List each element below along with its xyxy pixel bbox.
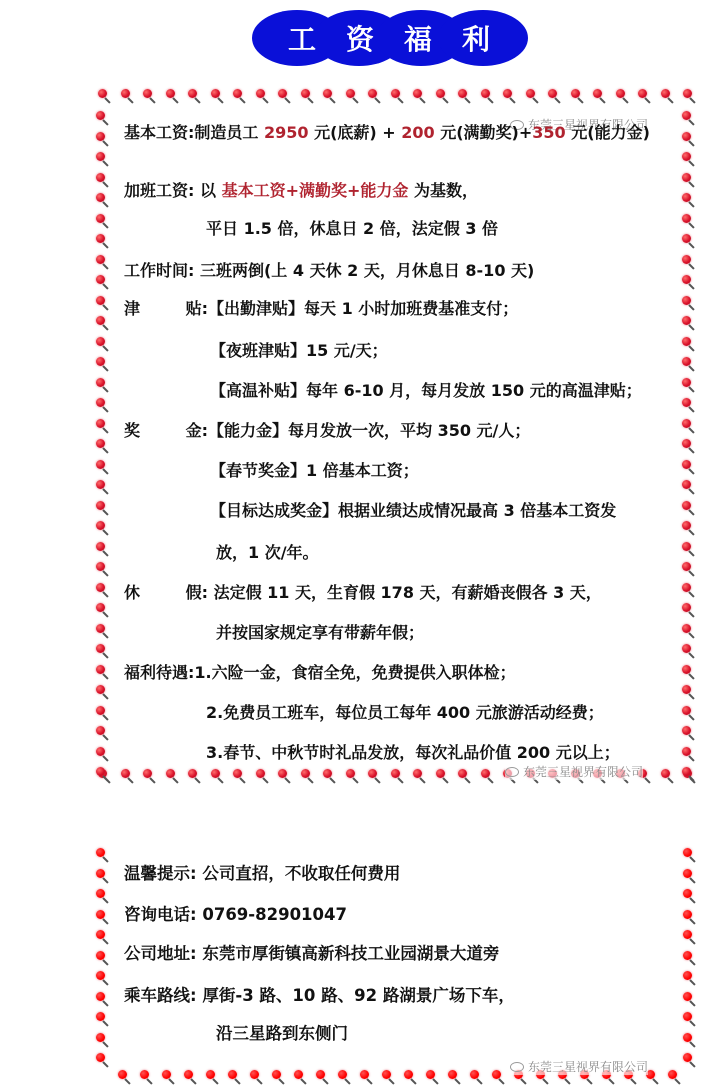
pin-icon	[301, 89, 315, 105]
pin-icon	[96, 419, 110, 435]
pin-icon	[278, 89, 292, 105]
pin-icon	[682, 665, 696, 681]
pin-icon	[228, 1070, 242, 1085]
pin-icon	[96, 173, 110, 189]
pin-icon	[96, 542, 110, 558]
pin-icon	[96, 316, 110, 332]
pin-icon	[301, 769, 315, 785]
pin-icon	[682, 562, 696, 578]
pin-icon	[96, 439, 110, 455]
pin-icon	[96, 132, 110, 148]
welfare-item-2: 2.免费员工班车，每位员工每年 400 元旅游活动经费；	[206, 700, 604, 723]
pin-icon	[211, 769, 225, 785]
pin-icon	[683, 951, 697, 967]
pin-icon	[382, 1070, 396, 1085]
pin-icon	[162, 1070, 176, 1085]
pin-icon	[368, 89, 382, 105]
bonus-label: 奖金:	[124, 418, 208, 441]
pin-icon	[683, 89, 697, 105]
pin-icon	[96, 480, 110, 496]
pin-icon	[682, 398, 696, 414]
pin-icon	[682, 480, 696, 496]
allowance-label: 津贴:	[124, 296, 208, 319]
pin-icon	[184, 1070, 198, 1085]
pin-icon	[682, 296, 696, 312]
route-line: 乘车路线: 厚街-3 路、10 路、92 路湖景广场下车，	[124, 982, 515, 1006]
pin-icon	[96, 665, 110, 681]
pin-icon	[96, 111, 110, 127]
pin-icon	[96, 1033, 110, 1049]
pin-icon	[661, 769, 675, 785]
pin-icon	[682, 132, 696, 148]
pin-icon	[682, 624, 696, 640]
pin-icon	[426, 1070, 440, 1085]
route-cont: 沿三星路到东侧门	[216, 1020, 348, 1044]
pin-icon	[682, 501, 696, 517]
phone-label: 咨询电话:	[124, 901, 197, 925]
target-bonus: 【目标达成奖金】根据业绩达成情况最高 3 倍基本工资发	[210, 498, 616, 521]
pin-icon	[96, 971, 110, 987]
welfare-item-3: 3.春节、中秋节时礼品发放，每次礼品价值 200 元以上；	[206, 740, 620, 763]
pin-icon	[96, 910, 110, 926]
base-amount: 2950	[264, 123, 309, 142]
pin-icon	[481, 89, 495, 105]
pin-icon	[233, 89, 247, 105]
pin-icon	[682, 521, 696, 537]
pin-icon	[682, 255, 696, 271]
pin-icon	[346, 89, 360, 105]
pin-icon	[682, 275, 696, 291]
welfare-label: 福利待遇:	[124, 660, 194, 683]
title-char: 工	[288, 18, 318, 58]
pin-icon	[683, 910, 697, 926]
pin-icon	[166, 89, 180, 105]
work-time-label: 工作时间:	[124, 258, 194, 281]
pin-icon	[682, 173, 696, 189]
pin-icon	[526, 89, 540, 105]
pin-icon	[391, 89, 405, 105]
pin-icon	[682, 316, 696, 332]
pin-icon	[96, 275, 110, 291]
pin-icon	[646, 1070, 660, 1085]
pin-icon	[682, 603, 696, 619]
pin-icon	[278, 769, 292, 785]
pin-icon	[96, 848, 110, 864]
pin-icon	[96, 1053, 110, 1069]
pin-icon	[683, 1033, 697, 1049]
pin-icon	[96, 337, 110, 353]
pin-icon	[96, 398, 110, 414]
pin-icon	[661, 89, 675, 105]
overtime-base: 基本工资+满勤奖+能力金	[222, 181, 409, 200]
night-shift-allowance: 【夜班津贴】15 元/天；	[210, 338, 388, 361]
pin-icon	[682, 726, 696, 742]
pin-icon	[492, 1070, 506, 1085]
title-char: 利	[462, 18, 492, 58]
pin-icon	[682, 644, 696, 660]
pin-icon	[294, 1070, 308, 1085]
pin-icon	[682, 767, 696, 783]
high-temp-allowance: 【高温补贴】每年 6-10 月，每月发放 150 元的高温津贴；	[210, 378, 642, 401]
wechat-icon	[505, 767, 519, 777]
pin-icon	[121, 769, 135, 785]
pin-icon	[96, 644, 110, 660]
pin-icon	[682, 583, 696, 599]
pin-icon	[436, 769, 450, 785]
pin-icon	[346, 769, 360, 785]
pin-icon	[96, 869, 110, 885]
phone-number: 0769-82901047	[197, 905, 347, 924]
pin-icon	[96, 214, 110, 230]
pin-icon	[368, 769, 382, 785]
pin-icon	[96, 255, 110, 271]
pin-icon	[436, 89, 450, 105]
pin-icon	[683, 848, 697, 864]
pin-icon	[96, 501, 110, 517]
pin-icon	[166, 769, 180, 785]
pin-icon	[96, 930, 110, 946]
pin-icon	[683, 971, 697, 987]
target-bonus-cont: 放，1 次/年。	[216, 540, 319, 563]
pin-icon	[96, 1012, 110, 1028]
pin-icon	[682, 747, 696, 763]
pin-icon	[118, 1070, 132, 1085]
pin-icon	[360, 1070, 374, 1085]
pin-icon	[211, 89, 225, 105]
pin-icon	[96, 685, 110, 701]
phone-line: 咨询电话: 0769-82901047	[124, 901, 347, 925]
pin-icon	[413, 89, 427, 105]
pin-icon	[96, 152, 110, 168]
annual-leave: 并按国家规定享有带薪年假；	[216, 620, 424, 643]
pin-icon	[96, 460, 110, 476]
route-label: 乘车路线:	[124, 982, 197, 1006]
pin-icon	[323, 769, 337, 785]
leave-label: 休假:	[124, 580, 208, 603]
overtime-line: 加班工资: 以 基本工资+满勤奖+能力金 为基数，	[124, 178, 478, 201]
title-banner: 工 资 福 利	[252, 10, 528, 66]
pin-icon	[188, 89, 202, 105]
pin-icon	[548, 89, 562, 105]
watermark: 东莞三星视界有限公司	[510, 1058, 648, 1075]
pin-icon	[682, 542, 696, 558]
pin-icon	[272, 1070, 286, 1085]
pin-icon	[593, 89, 607, 105]
pin-icon	[458, 769, 472, 785]
basic-wage-line: 基本工资:制造员工 2950 元(底薪) + 200 元(满勤奖)+350 元(…	[124, 120, 650, 143]
leave-line: 休假: 法定假 11 天，生育假 178 天，有薪婚丧假各 3 天，	[124, 580, 602, 603]
pin-icon	[683, 992, 697, 1008]
pin-icon	[470, 1070, 484, 1085]
pin-icon	[96, 767, 110, 783]
pin-icon	[143, 769, 157, 785]
pin-icon	[682, 357, 696, 373]
allowance-line: 津贴:【出勤津贴】每天 1 小时加班费基准支付；	[124, 296, 518, 319]
pin-icon	[96, 562, 110, 578]
overtime-label: 加班工资:	[124, 178, 194, 201]
pin-icon	[458, 89, 472, 105]
pin-icon	[323, 89, 337, 105]
pin-icon	[140, 1070, 154, 1085]
pin-icon	[683, 930, 697, 946]
pin-icon	[188, 769, 202, 785]
title-char: 福	[404, 18, 434, 58]
pin-icon	[96, 193, 110, 209]
pin-icon	[96, 706, 110, 722]
pin-icon	[96, 583, 110, 599]
pin-icon	[503, 89, 517, 105]
pin-icon	[683, 869, 697, 885]
pin-icon	[481, 769, 495, 785]
pin-icon	[96, 603, 110, 619]
pin-icon	[683, 1012, 697, 1028]
basic-wage-label: 基本工资:	[124, 120, 194, 143]
pin-icon	[233, 769, 247, 785]
pin-icon	[682, 152, 696, 168]
tip-line: 温馨提示: 公司直招，不收取任何费用	[124, 860, 400, 884]
pin-icon	[121, 89, 135, 105]
address-label: 公司地址:	[124, 940, 197, 964]
pin-icon	[206, 1070, 220, 1085]
spring-bonus: 【春节奖金】1 倍基本工资；	[210, 458, 419, 481]
pin-icon	[616, 89, 630, 105]
wechat-icon	[510, 1062, 524, 1072]
pin-icon	[96, 889, 110, 905]
pin-icon	[683, 1053, 697, 1069]
pin-icon	[316, 1070, 330, 1085]
pin-icon	[96, 726, 110, 742]
pin-icon	[448, 1070, 462, 1085]
pin-icon	[682, 234, 696, 250]
overtime-rates: 平日 1.5 倍，休息日 2 倍，法定假 3 倍	[206, 216, 498, 239]
pin-icon	[413, 769, 427, 785]
pin-icon	[96, 992, 110, 1008]
pin-icon	[96, 624, 110, 640]
pin-icon	[256, 89, 270, 105]
pin-icon	[96, 747, 110, 763]
watermark: 东莞三星视界有限公司	[505, 763, 643, 780]
pin-icon	[96, 234, 110, 250]
pin-icon	[96, 951, 110, 967]
title-char: 资	[346, 18, 376, 58]
pin-icon	[638, 89, 652, 105]
ability-amount: 350	[532, 123, 565, 142]
pin-icon	[96, 521, 110, 537]
page-title: 工 资 福 利	[252, 10, 528, 66]
pin-icon	[682, 378, 696, 394]
pin-icon	[682, 419, 696, 435]
pin-icon	[682, 193, 696, 209]
pin-icon	[256, 769, 270, 785]
pin-icon	[683, 889, 697, 905]
pin-icon	[571, 89, 585, 105]
welfare-line: 福利待遇:1.六险一金，食宿全免，免费提供入职体检；	[124, 660, 516, 683]
pin-icon	[682, 214, 696, 230]
pin-icon	[391, 769, 405, 785]
pin-icon	[682, 706, 696, 722]
bonus-line: 奖金:【能力金】每月发放一次，平均 350 元/人；	[124, 418, 530, 441]
pin-icon	[98, 89, 112, 105]
pin-icon	[250, 1070, 264, 1085]
pin-icon	[96, 357, 110, 373]
pin-icon	[682, 337, 696, 353]
pin-icon	[338, 1070, 352, 1085]
pin-icon	[143, 89, 157, 105]
pin-icon	[96, 296, 110, 312]
pin-icon	[682, 460, 696, 476]
pin-icon	[668, 1070, 682, 1085]
pin-icon	[682, 439, 696, 455]
attendance-amount: 200	[401, 123, 434, 142]
pin-icon	[682, 111, 696, 127]
pin-icon	[96, 378, 110, 394]
work-time-line: 工作时间: 三班两倒(上 4 天休 2 天，月休息日 8-10 天)	[124, 258, 534, 281]
tip-label: 温馨提示:	[124, 860, 197, 884]
pin-icon	[682, 685, 696, 701]
pin-icon	[404, 1070, 418, 1085]
address-line: 公司地址: 东莞市厚街镇高新科技工业园湖景大道旁	[124, 940, 499, 964]
